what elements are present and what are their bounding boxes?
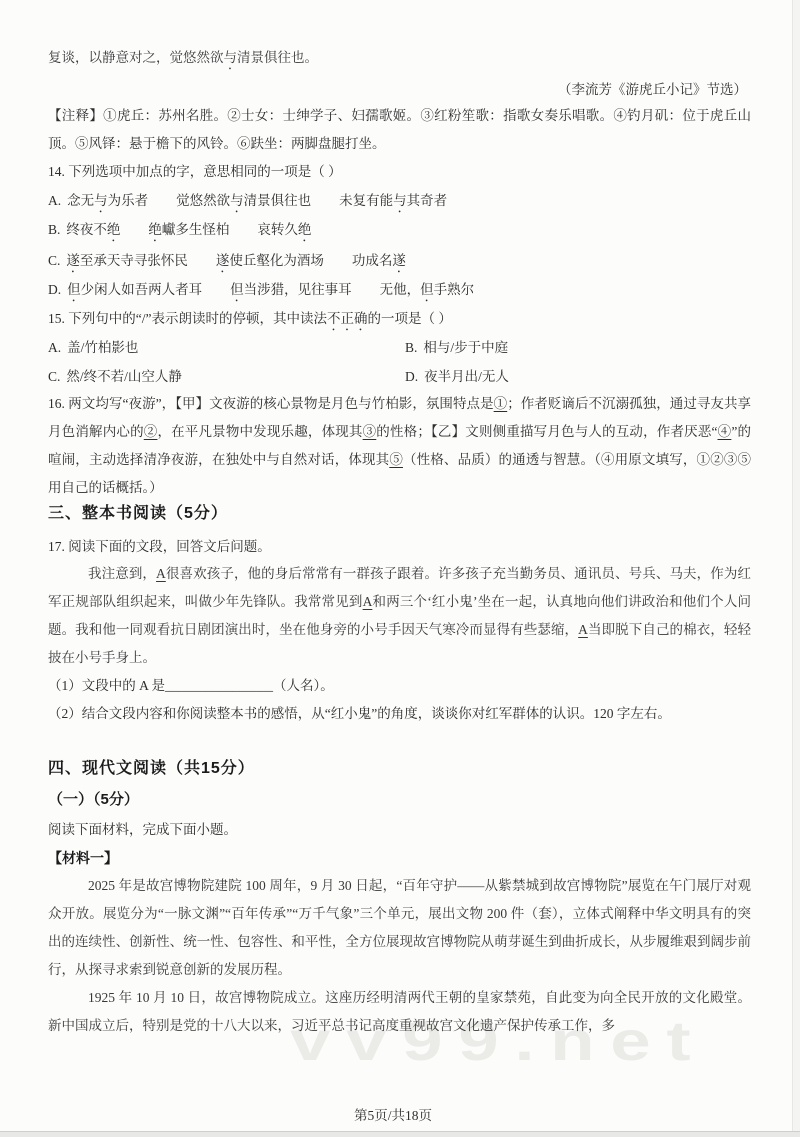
q15-option-c: C.然/终不若/山空人静 [48,362,405,391]
q15-option-d: D.夜半月出/无人 [405,362,751,391]
q15-option-c-label: C. [48,369,60,384]
q14-option-d: D. 但少闲人如吾两人者耳 但当涉猎，见往事耳 无他，但手熟尔 [48,276,751,305]
q14-option-b-phrase-1: 终夜不绝 [66,216,120,245]
q14-option-b-phrase-2: 绝巘多生怪柏 [148,216,229,245]
q14-option-d-phrase-1: 但少闲人如吾两人者耳 [67,276,202,305]
viewer-right-gutter [792,0,800,1137]
material1-paragraph-2: 1925 年 10 月 10 日，故宫博物院成立。这座历经明清两代王朝的皇家禁苑… [48,984,751,1040]
q15-option-a-text: 盖/竹柏影也 [67,340,138,355]
q16-text: 16. 两文均写“夜游”，【甲】文夜游的核心景物是月色与竹柏影，氛围特点是①；作… [48,390,751,502]
section3-title: 三、整本书阅读（5分） [48,500,751,528]
q14-option-d-label: D. [48,276,61,305]
q14-option-c-label: C. [48,247,60,276]
q14-stem: 14. 下列选项中加点的字，意思相同的一项是（ ） [48,158,751,186]
q14-option-b-phrase-3: 哀转久绝 [257,216,311,245]
q14-option-a: A. 念无与为乐者 觉悠然欲与清景俱往也 未复有能与其奇者 [48,187,751,216]
section4-title: 四、现代文阅读（共15分） [48,755,751,783]
q17-subquestion-1: （1）文段中的 A 是________________（人名）。 [48,672,751,700]
passage-attribution: （李流芳《游虎丘小记》节选） [48,76,751,104]
q14-option-c: C. 遂至承天寺寻张怀民 遂使丘壑化为酒场 功成名遂 [48,247,751,276]
q15-option-d-text: 夜半月出/无人 [424,369,509,384]
q15-option-b-label: B. [405,340,417,355]
q15-option-a: A.盖/竹柏影也 [48,333,405,362]
q14-option-b: B. 终夜不绝 绝巘多生怪柏 哀转久绝 [48,216,751,245]
q14-option-c-phrase-2: 遂使丘壑化为酒场 [216,247,324,276]
page-number: 第5页/共18页 [0,1105,786,1127]
material1-paragraph-1: 2025 年是故宫博物院建院 100 周年，9 月 30 日起，“百年守护——从… [48,872,751,984]
q14-option-b-label: B. [48,216,60,245]
material1-label: 【材料一】 [48,844,751,872]
passage-ending-line: 复谈，以静意对之，觉悠然欲与清景俱往也。 [48,44,751,73]
q14-option-a-phrase-3: 未复有能与其奇者 [339,187,447,216]
q15-options: A.盖/竹柏影也 B.相与/步于中庭 C.然/终不若/山空人静 D.夜半月出/无… [48,333,751,391]
q15-option-c-text: 然/终不若/山空人静 [66,369,182,384]
material-intro: 阅读下面材料，完成下面小题。 [48,816,751,844]
q14-option-d-phrase-3: 无他，但手熟尔 [380,276,475,305]
viewer-bottom-strip [0,1131,800,1137]
q17-intro: 17. 阅读下面的文段，回答文后问题。 [48,533,751,561]
passage-notes: 【注释】①虎丘：苏州名胜。②士女：士绅学子、妇孺歌姬。③红粉笙歌：指歌女奏乐唱歌… [48,102,751,158]
q15-option-a-label: A. [48,340,61,355]
q15-option-b-text: 相与/步于中庭 [423,340,508,355]
section4-subsection-title: （一）（5分） [48,786,751,814]
q14-option-a-label: A. [48,187,61,216]
q14-option-a-phrase-2: 觉悠然欲与清景俱往也 [176,187,311,216]
q14-option-c-phrase-1: 遂至承天寺寻张怀民 [66,247,188,276]
q17-passage: 我注意到，A很喜欢孩子，他的身后常常有一群孩子跟着。许多孩子充当勤务员、通讯员、… [48,560,751,672]
q15-option-b: B.相与/步于中庭 [405,333,751,362]
q17-subquestion-2: （2）结合文段内容和你阅读整本书的感悟，从“红小鬼”的角度，谈谈你对红军群体的认… [48,700,751,728]
q14-option-d-phrase-2: 但当涉猎，见往事耳 [230,276,352,305]
q14-option-a-phrase-1: 念无与为乐者 [67,187,148,216]
exam-paper-page: vv99.net 复谈，以静意对之，觉悠然欲与清景俱往也。 （李流芳《游虎丘小记… [0,0,800,1137]
q15-stem: 15. 下列句中的“/”表示朗读时的停顿，其中读法不正确的一项是（ ） [48,305,751,334]
q15-option-d-label: D. [405,369,418,384]
page-content: 复谈，以静意对之，觉悠然欲与清景俱往也。 （李流芳《游虎丘小记》节选） 【注释】… [48,0,751,1137]
q14-option-c-phrase-3: 功成名遂 [352,247,406,276]
